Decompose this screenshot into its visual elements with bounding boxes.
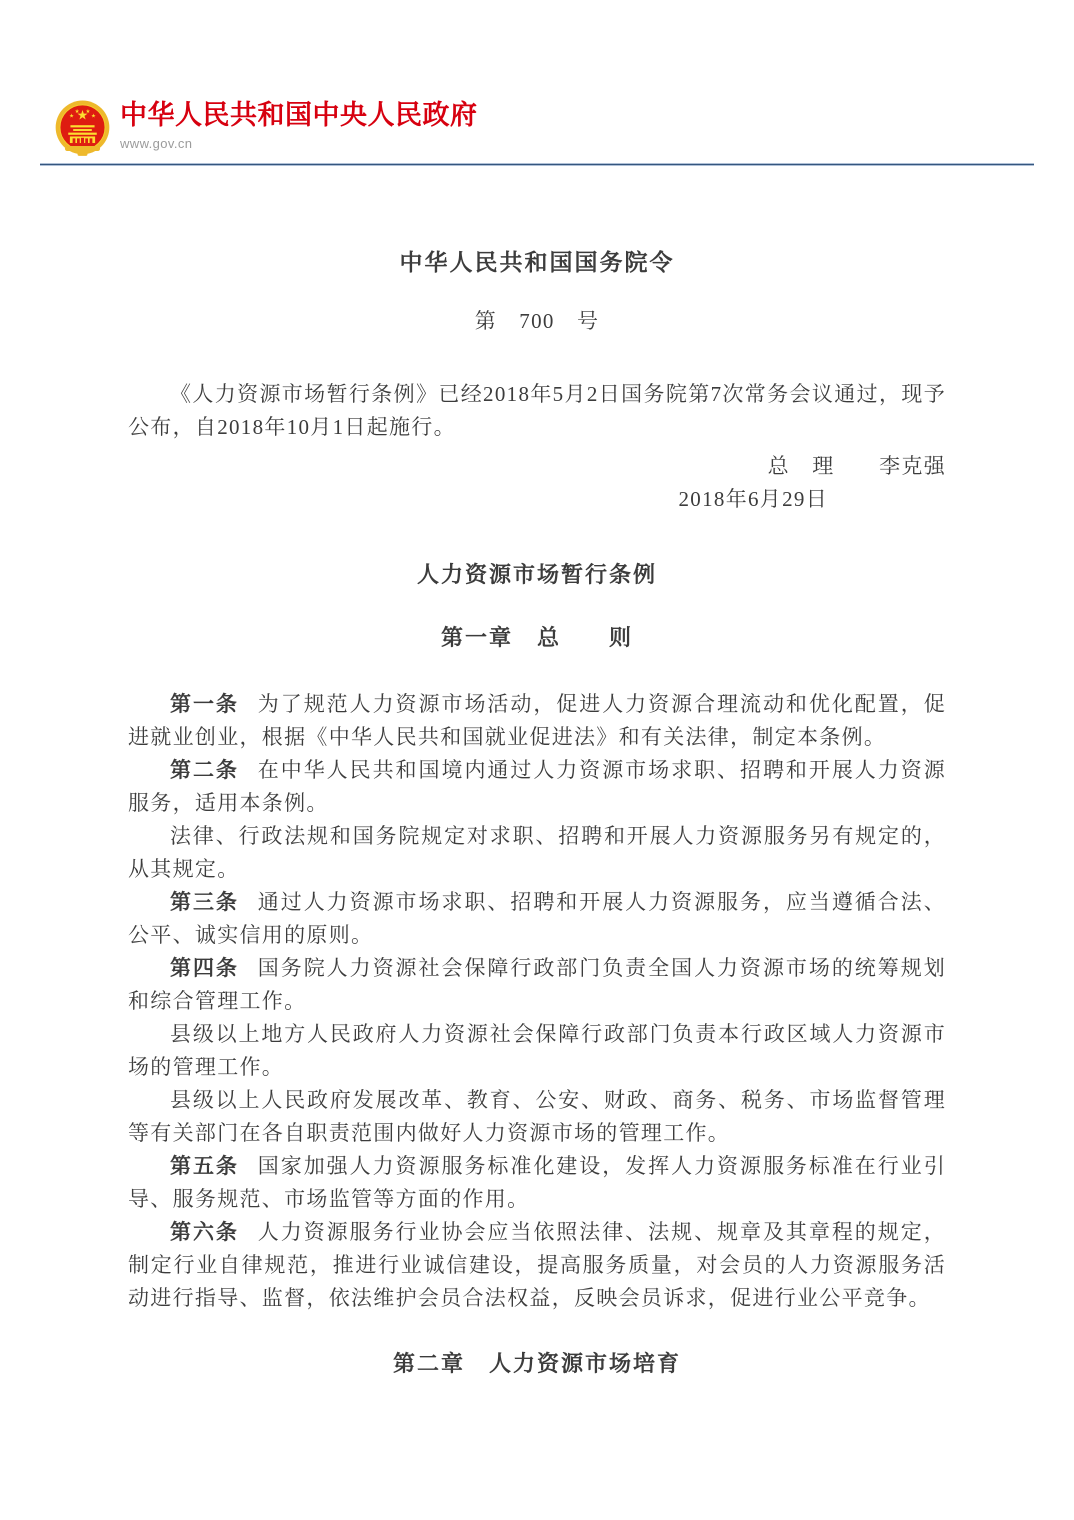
china-national-emblem-icon[interactable]: ★ ★ ★ ★ ★: [55, 100, 110, 157]
article-paragraph: 第五条国家加强人力资源服务标准化建设，发挥人力资源服务标准在行业引导、服务规范、…: [128, 1150, 946, 1216]
announcement-paragraph: 《人力资源市场暂行条例》已经2018年5月2日国务院第7次常务会议通过，现予公布…: [128, 378, 946, 444]
regulation-title: 人力资源市场暂行条例: [128, 558, 946, 591]
site-name[interactable]: 中华人民共和国中央人民政府: [120, 101, 478, 129]
article-paragraph: 第四条国务院人力资源社会保障行政部门负责全国人力资源市场的统筹规划和综合管理工作…: [128, 952, 946, 1018]
svg-text:★: ★: [91, 114, 96, 120]
article-text: 国家加强人力资源服务标准化建设，发挥人力资源服务标准在行业引导、服务规范、市场监…: [128, 1154, 946, 1211]
article-paragraph: 第二条在中华人民共和国境内通过人力资源市场求职、招聘和开展人力资源服务，适用本条…: [128, 754, 946, 820]
article-text: 通过人力资源市场求职、招聘和开展人力资源服务，应当遵循合法、公平、诚实信用的原则…: [128, 890, 946, 947]
page: ★ ★ ★ ★ ★ 中华人民共和国中央人民政府 www.gov.cn: [0, 0, 1074, 1520]
svg-text:★: ★: [69, 114, 74, 120]
site-header: ★ ★ ★ ★ ★ 中华人民共和国中央人民政府 www.gov.cn: [0, 0, 1074, 157]
article-paragraph: 法律、行政法规和国务院规定对求职、招聘和开展人力资源服务另有规定的，从其规定。: [128, 820, 946, 886]
site-logo-text: 中华人民共和国中央人民政府 www.gov.cn: [120, 101, 478, 151]
decree-number: 第 700 号: [128, 305, 946, 338]
article-paragraph: 县级以上地方人民政府人力资源社会保障行政部门负责本行政区域人力资源市场的管理工作…: [128, 1018, 946, 1084]
chapter-1-heading: 第一章 总 则: [128, 621, 946, 654]
article-text: 为了规范人力资源市场活动，促进人力资源合理流动和优化配置，促进就业创业，根据《中…: [128, 692, 946, 749]
article-number: 第三条: [170, 890, 239, 914]
article-text: 县级以上地方人民政府人力资源社会保障行政部门负责本行政区域人力资源市场的管理工作…: [128, 1022, 946, 1079]
article-paragraph: 第一条为了规范人力资源市场活动，促进人力资源合理流动和优化配置，促进就业创业，根…: [128, 688, 946, 754]
chapter-2-heading: 第二章 人力资源市场培育: [128, 1347, 946, 1380]
document-body: 中华人民共和国国务院令 第 700 号 《人力资源市场暂行条例》已经2018年5…: [0, 246, 1074, 1380]
svg-text:★: ★: [86, 109, 91, 115]
article-number: 第四条: [170, 956, 239, 980]
article-paragraph: 县级以上人民政府发展改革、教育、公安、财政、商务、税务、市场监督管理等有关部门在…: [128, 1084, 946, 1150]
signature-line: 总 理 李克强: [128, 450, 946, 483]
article-text: 法律、行政法规和国务院规定对求职、招聘和开展人力资源服务另有规定的，从其规定。: [128, 824, 946, 881]
article-number: 第六条: [170, 1220, 239, 1244]
decree-title: 中华人民共和国国务院令: [128, 246, 946, 279]
article-number: 第二条: [170, 758, 239, 782]
article-text: 县级以上人民政府发展改革、教育、公安、财政、商务、税务、市场监督管理等有关部门在…: [128, 1088, 946, 1145]
article-text: 人力资源服务行业协会应当依照法律、法规、规章及其章程的规定，制定行业自律规范，推…: [128, 1220, 946, 1310]
article-text: 国务院人力资源社会保障行政部门负责全国人力资源市场的统筹规划和综合管理工作。: [128, 956, 946, 1013]
signature-date: 2018年6月29日: [128, 483, 946, 516]
article-paragraph: 第六条人力资源服务行业协会应当依照法律、法规、规章及其章程的规定，制定行业自律规…: [128, 1216, 946, 1315]
svg-text:★: ★: [75, 109, 80, 115]
article-text: 在中华人民共和国境内通过人力资源市场求职、招聘和开展人力资源服务，适用本条例。: [128, 758, 946, 815]
article-number: 第五条: [170, 1154, 239, 1178]
article-number: 第一条: [170, 692, 239, 716]
header-divider: [40, 163, 1034, 166]
site-url: www.gov.cn: [120, 136, 478, 151]
article-paragraph: 第三条通过人力资源市场求职、招聘和开展人力资源服务，应当遵循合法、公平、诚实信用…: [128, 886, 946, 952]
